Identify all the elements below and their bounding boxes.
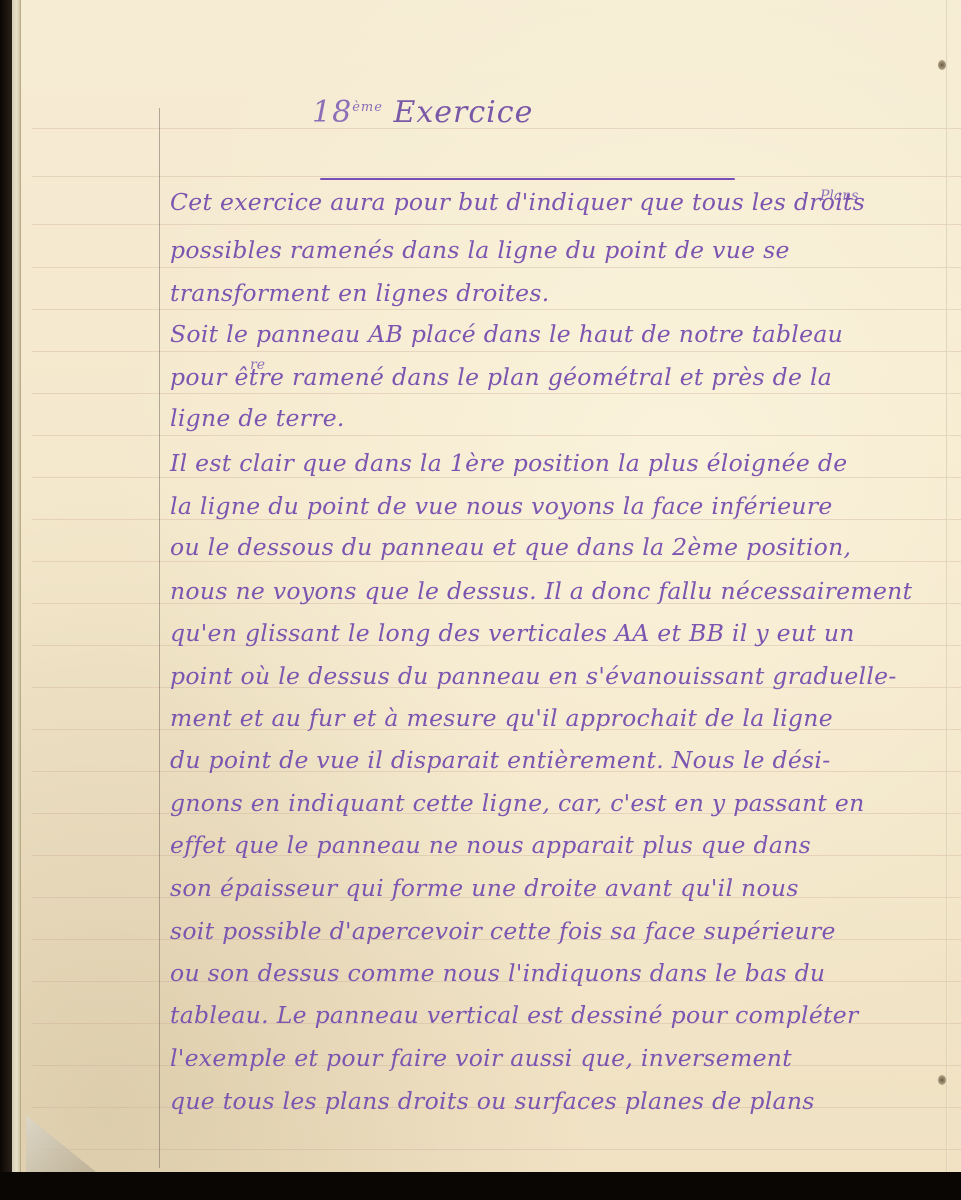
scan-bottom-border bbox=[0, 1172, 961, 1200]
text-line-3: transforment en lignes droites. bbox=[170, 279, 549, 307]
scan-left-border bbox=[0, 0, 12, 1200]
text-line-18: soit possible d'apercevoir cette fois sa… bbox=[170, 917, 836, 945]
text-line-10: nous ne voyons que le dessus. Il a donc … bbox=[170, 577, 912, 605]
ruled-line bbox=[32, 393, 961, 394]
ruled-line bbox=[32, 1149, 961, 1150]
text-line-14: du point de vue il disparait entièrement… bbox=[170, 746, 830, 774]
exercise-number: 18 bbox=[312, 95, 352, 130]
text-line-8: la ligne du point de vue nous voyons la … bbox=[170, 492, 833, 520]
ruled-line bbox=[32, 477, 961, 478]
ruled-line bbox=[32, 351, 961, 352]
text-line-20: tableau. Le panneau vertical est dessiné… bbox=[170, 1001, 859, 1029]
page-fold bbox=[946, 0, 948, 1172]
text-line-1: Cet exercice aura pour but d'indiquer qu… bbox=[170, 188, 865, 216]
text-line-12: point où le dessus du panneau en s'évano… bbox=[170, 662, 897, 690]
text-line-16: effet que le panneau ne nous apparait pl… bbox=[170, 831, 811, 859]
text-line-22: que tous les plans droits ou surfaces pl… bbox=[170, 1087, 815, 1115]
text-line-19: ou son dessus comme nous l'indiquons dan… bbox=[170, 959, 825, 987]
text-line-2: possibles ramenés dans la ligne du point… bbox=[170, 236, 790, 264]
text-line-7: Il est clair que dans la 1ère position l… bbox=[170, 449, 847, 477]
text-line-13: ment et au fur et à mesure qu'il approch… bbox=[170, 704, 833, 732]
title-word: Exercice bbox=[393, 95, 533, 130]
margin-line bbox=[159, 108, 160, 1168]
ruled-line bbox=[32, 176, 961, 177]
text-line-17: son épaisseur qui forme une droite avant… bbox=[170, 874, 799, 902]
exercise-title: 18ème Exercice bbox=[312, 95, 533, 130]
binding-edge bbox=[12, 0, 21, 1172]
text-line-5: pour être ramené dans le plan géométral … bbox=[170, 363, 832, 391]
ruled-line bbox=[32, 435, 961, 436]
ruled-line bbox=[32, 561, 961, 562]
text-line-9: ou le dessous du panneau et que dans la … bbox=[170, 533, 851, 561]
ruled-line bbox=[32, 309, 961, 310]
folded-corner bbox=[26, 1115, 96, 1172]
binding-hole bbox=[938, 60, 946, 70]
binding-hole bbox=[938, 1075, 946, 1085]
ordinal-suffix: ème bbox=[352, 100, 383, 115]
title-underline bbox=[320, 178, 735, 180]
text-line-15: gnons en indiquant cette ligne, car, c'e… bbox=[170, 789, 865, 817]
text-line-11: qu'en glissant le long des verticales AA… bbox=[170, 619, 855, 647]
text-line-21: l'exemple et pour faire voir aussi que, … bbox=[170, 1044, 792, 1072]
text-line-6: ligne de terre. bbox=[170, 404, 345, 432]
ruled-line bbox=[32, 267, 961, 268]
ruled-line bbox=[32, 224, 961, 225]
notebook-page: 18ème Exercice Plans re Cet exercice aur… bbox=[12, 0, 961, 1172]
text-line-4: Soit le panneau AB placé dans le haut de… bbox=[170, 320, 843, 348]
